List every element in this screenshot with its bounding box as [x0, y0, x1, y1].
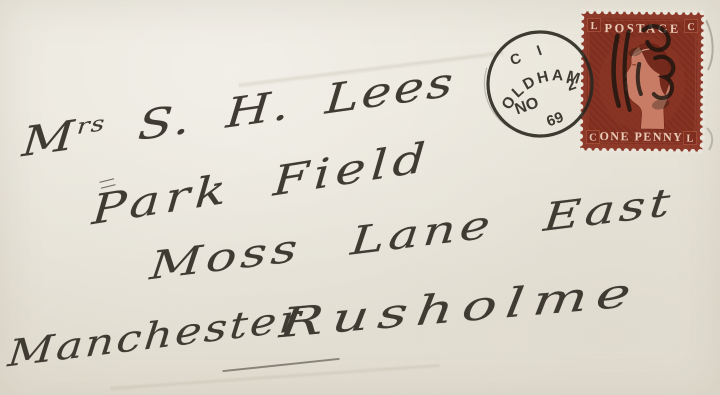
address-line-city: Manchester: [6, 297, 304, 375]
recipient-title-superscript: rs: [76, 111, 106, 140]
stamp-bottom-label: ONE PENNY: [599, 129, 683, 144]
envelope-front: MrsS. H. Lees Park Field Moss Lane East …: [0, 0, 720, 395]
postmark-code: C I: [508, 41, 551, 70]
pen-flourish: [222, 358, 340, 372]
corner-letter-bottom-right: L: [686, 133, 693, 144]
oldham-postmark: C I OLDHAM NO 2 69: [482, 26, 598, 142]
corner-letter-top-right: C: [687, 22, 695, 33]
recipient-title: M: [20, 112, 78, 167]
postmark-year: 69: [544, 109, 565, 131]
address-line-district: Rusholme: [277, 269, 642, 347]
postmark-month: NO: [513, 94, 541, 118]
paper-crease: [110, 362, 440, 392]
